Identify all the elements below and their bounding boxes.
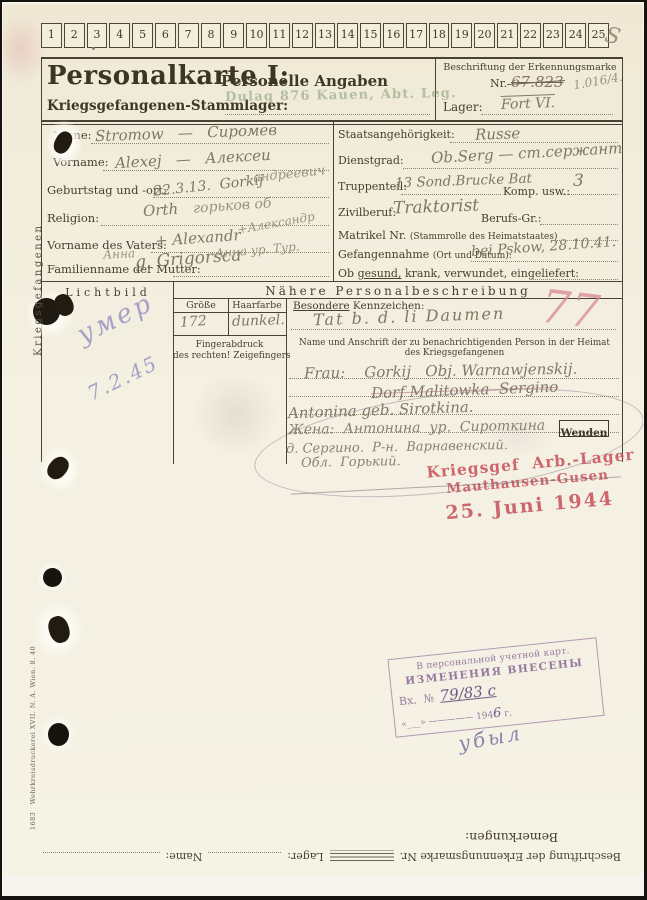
komp-label: Komp. usw.: xyxy=(503,185,570,198)
mutter-pencil1: Анна xyxy=(103,246,136,262)
bottom-id-line: Beschriftung der Erkennungsmarke Nr. Lag… xyxy=(43,850,621,863)
photo-note-date: 7.2.45 xyxy=(84,351,162,406)
geburtstag-label: Geburtstag und -ort: xyxy=(47,183,167,197)
number-box: 9 xyxy=(223,23,244,48)
vater-pencil: +Александр xyxy=(236,209,315,236)
bottom-name-label: Name: xyxy=(166,850,203,863)
number-strip: 1234567891011121314151617181920212223242… xyxy=(41,23,609,48)
top-rule xyxy=(41,57,623,59)
print-info: 1683 Wehrkreisdruckerei XVII. N. A. Wien… xyxy=(29,646,37,830)
contact-header-line2: des Kriegsgefangenen xyxy=(405,348,504,358)
double-rule-a xyxy=(41,120,623,122)
number-box: 3 xyxy=(87,23,108,48)
number-box: 12 xyxy=(292,23,313,48)
dienstgrad-line xyxy=(403,168,618,169)
lager-value: Fort VI. xyxy=(501,95,556,113)
number-box: 8 xyxy=(201,23,222,48)
number-box: 15 xyxy=(360,23,381,48)
komp-value: 3 xyxy=(573,171,584,191)
number-box: 19 xyxy=(451,23,472,48)
bottom-marke-lines xyxy=(330,850,394,861)
number-box: 23 xyxy=(543,23,564,48)
komp-line xyxy=(563,194,618,195)
number-box: 24 xyxy=(565,23,586,48)
religion-label: Religion: xyxy=(47,211,99,225)
number-box: 4 xyxy=(109,23,130,48)
number-box: 7 xyxy=(178,23,199,48)
bottom-marke-label: Beschriftung der Erkennungsmarke Nr. xyxy=(400,850,621,863)
number-box: 21 xyxy=(497,23,518,48)
religion-value: Orth xyxy=(142,200,178,220)
mid-rule xyxy=(41,281,623,282)
number-box: 1 xyxy=(41,23,62,48)
matrikel-label-main: Matrikel Nr. xyxy=(338,229,410,242)
fingerabdruck-line1: Fingerabdruck xyxy=(196,340,264,350)
zivilberuf-value: Traktorist xyxy=(393,196,480,219)
punch-hole xyxy=(43,568,62,587)
vorname-value: Alexej — Алексеи xyxy=(115,146,272,172)
lichtbild-divider xyxy=(173,281,174,464)
soviet-stamp: В персональной учетной карт. ИЗМЕНЕНИЯ В… xyxy=(387,637,604,738)
soviet-stamp-vh-value: 79/83 с xyxy=(439,681,497,705)
number-box: 16 xyxy=(383,23,404,48)
bottom-lager-label: Lager: xyxy=(287,850,323,863)
fingerabdruck-line2: des rechten! Zeigefingers xyxy=(173,351,291,361)
lager-line xyxy=(481,114,613,115)
pencil-dot-artifact xyxy=(92,47,95,50)
contact-header: Name und Anschrift der zu benachrichtige… xyxy=(288,338,621,358)
fingerabdruck-label: Fingerabdruckdes rechten! Zeigefingers xyxy=(173,340,286,362)
groesse-label: Größe xyxy=(175,300,227,311)
berufsgr-line xyxy=(540,224,618,225)
zivilberuf-label: Zivilberuf: xyxy=(338,206,396,219)
lager-label: Lager: xyxy=(443,100,483,114)
double-rule-b xyxy=(41,124,623,125)
dulag-stamp: Dulag 876 Kauen, Abt. Leg. xyxy=(225,86,457,105)
staat-label: Staatsangehörigkeit: xyxy=(338,128,455,141)
berufsgr-label: Berufs-Gr.: xyxy=(481,212,541,225)
zustand-underlined: gesund, xyxy=(358,267,402,280)
number-box: 17 xyxy=(406,23,427,48)
number-box: 14 xyxy=(337,23,358,48)
bottom-name-line xyxy=(43,852,160,853)
number-box: 11 xyxy=(269,23,290,48)
bemerkungen-label: Bemerkungen: xyxy=(465,830,558,845)
red-crayon-mark: 77 xyxy=(538,279,603,340)
number-box: 2 xyxy=(64,23,85,48)
bottom-lager-line xyxy=(208,852,281,853)
nr-new-value: 1.016/4. xyxy=(572,70,624,92)
contact-header-line1: Name und Anschrift der zu benachrichtige… xyxy=(299,338,610,348)
zustand-pre: Ob xyxy=(338,267,358,280)
gefangennahme-label-main: Gefangennahme xyxy=(338,248,433,261)
truppenteil-line xyxy=(401,194,501,195)
nr-label: Nr. xyxy=(490,77,507,90)
gefangennahme-line xyxy=(471,261,618,262)
groesse-value-rule xyxy=(173,335,286,336)
personalkarte-document: 1234567891011121314151617181920212223242… xyxy=(3,4,643,876)
number-box: 10 xyxy=(246,23,267,48)
number-box: 22 xyxy=(520,23,541,48)
haar-label: Haarfarbe xyxy=(229,300,285,311)
religion-pencil: горьков об xyxy=(193,195,272,216)
number-box: 6 xyxy=(155,23,176,48)
number-box: 20 xyxy=(474,23,495,48)
column-divider xyxy=(333,121,334,281)
name-value: Stromow — Сиромев xyxy=(95,121,278,145)
left-vertical-label: Kriegsgefangenen xyxy=(33,224,44,356)
dienstgrad-value: Ob.Serg — ст.сержант xyxy=(431,139,623,167)
haar-value: dunkel. xyxy=(232,312,285,330)
groesse-value: 172 xyxy=(179,313,207,331)
staat-value: Russe xyxy=(475,124,521,144)
stammlager-line xyxy=(225,114,430,115)
geburtstag-value: 22.3.13. Gorkij xyxy=(152,172,263,199)
mutter-line xyxy=(173,276,329,277)
soviet-stamp-date-suffix: г. xyxy=(501,709,512,720)
punch-hole xyxy=(48,723,69,746)
number-box: 13 xyxy=(315,23,336,48)
fingerprint-smudge xyxy=(193,372,278,457)
number-box: 5 xyxy=(132,23,153,48)
dienstgrad-label: Dienstgrad: xyxy=(338,154,404,167)
erkennungsmarke-label: Beschriftung der Erkennungsmarke xyxy=(440,62,620,73)
number-box: 18 xyxy=(429,23,450,48)
soviet-stamp-vh-label: Вх. № xyxy=(398,692,434,709)
